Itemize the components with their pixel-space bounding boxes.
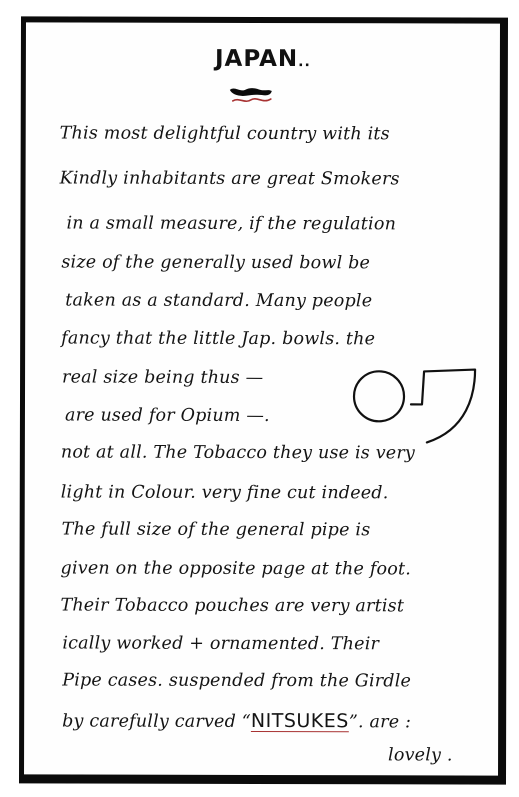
text-line-final: lovely . [388,745,453,765]
text-line: This most delightful country with its [60,123,390,144]
text-line: The full size of the general pipe is [62,519,371,540]
text-before-nitsukes: by carefully carved “ [62,711,251,731]
text-line-nitsukes: by carefully carved “NITSUKES”. are : [62,709,411,732]
text-line: in a small measure, if the regulation [66,213,396,234]
text-line: Kindly inhabitants are great Smokers [60,168,400,189]
pipe-bowl-sketch-icon [349,359,479,449]
text-after-nitsukes: ”. are : [349,712,411,732]
text-line: given on the opposite page at the foot. [61,558,411,579]
text-line: size of the generally used bowl be [61,252,370,273]
text-line: real size being thus — [62,367,263,388]
text-line: fancy that the little Jap. bowls. the [61,328,375,349]
text-line: ically worked + ornamented. Their [62,633,379,654]
nitsukes-underlined-word: NITSUKES [251,710,349,732]
page-border-frame: JAPAN.. This most delightful country wit… [19,16,508,784]
text-line: Their Tobacco pouches are very artist [60,595,404,616]
title-dots: .. [298,54,311,70]
text-line: taken as a standard. Many people [65,290,372,311]
text-line: are used for Opium —. [65,405,270,426]
text-line: Pipe cases. suspended from the Girdle [62,670,411,691]
text-line: light in Colour. very fine cut indeed. [61,482,389,503]
title-text: JAPAN [215,46,298,72]
page-title: JAPAN.. [26,45,500,72]
ink-flourish-icon [227,84,275,106]
